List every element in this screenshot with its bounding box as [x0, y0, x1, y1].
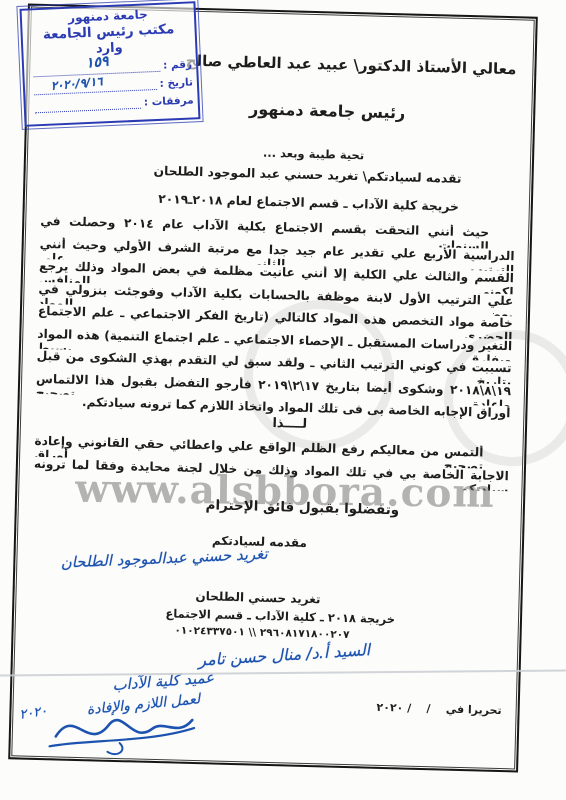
footer-date-line: تحريرا في / / ٢٠٢٠ — [376, 701, 501, 717]
therefore-word: لــــذا — [272, 416, 307, 432]
stamp-number-value: ١٥٩ — [85, 54, 109, 72]
signature-flourish-stroke — [107, 743, 122, 754]
stamp-attachments-row: مرفقات : — [32, 94, 194, 113]
greeting-line: تحية طيبة وبعد ... — [263, 146, 365, 163]
official-annotation-line-1: السيد أ.د/ منال حسن تامر — [198, 640, 371, 669]
stamp-number-row: رقم : — [30, 58, 192, 77]
stamp-date-label: تاريخ : — [159, 76, 193, 89]
handwritten-signature-name: تغريد حسني عبدالموجود الطلحان — [60, 545, 268, 572]
petition-paragraph: حيث أنني التحقت بقسم الاجتماع بكلية الآد… — [35, 214, 515, 429]
sender-name: تغريد حسني الطلحان — [195, 589, 320, 606]
annotation-year: ٢٠٢٠ — [18, 704, 48, 723]
stamp-number-label: رقم : — [163, 58, 193, 71]
recipient-line: معالي الأستاذ الدكتور\ عبيد عبد العاطي ص… — [186, 52, 517, 79]
scanned-letter: www.alsbbora.com معالي الأستاذ الدكتور\ … — [0, 0, 566, 800]
annotation-signature — [45, 698, 196, 760]
stamp-attachments-label: مرفقات : — [144, 94, 194, 108]
sender-numbers: ٢٩٦٠٨١٧١٨٠٠٢٠٧ \\ ٠١٠٢٤٣٣٧٥٠١ — [174, 625, 349, 642]
received-stamp: جامعة دمنهور مكتب رئيس الجامعة وارد رقم … — [20, 1, 201, 127]
applicant-line: تقدمه لسيادتكم\ تغريد حسني عبد الموجود ا… — [153, 164, 461, 186]
recipient-title: رئيس جامعة دمنهور — [249, 99, 406, 122]
applicant-desc: خريجة كلية الآداب ـ قسم الاجتماع لعام ٢٠… — [158, 192, 459, 214]
sender-desc: خريجة ٢٠١٨ ـ كلية الآداب ـ قسم الاجتماع — [165, 606, 395, 626]
signature-stroke — [56, 716, 192, 740]
stamp-attachments-dots — [35, 98, 142, 114]
